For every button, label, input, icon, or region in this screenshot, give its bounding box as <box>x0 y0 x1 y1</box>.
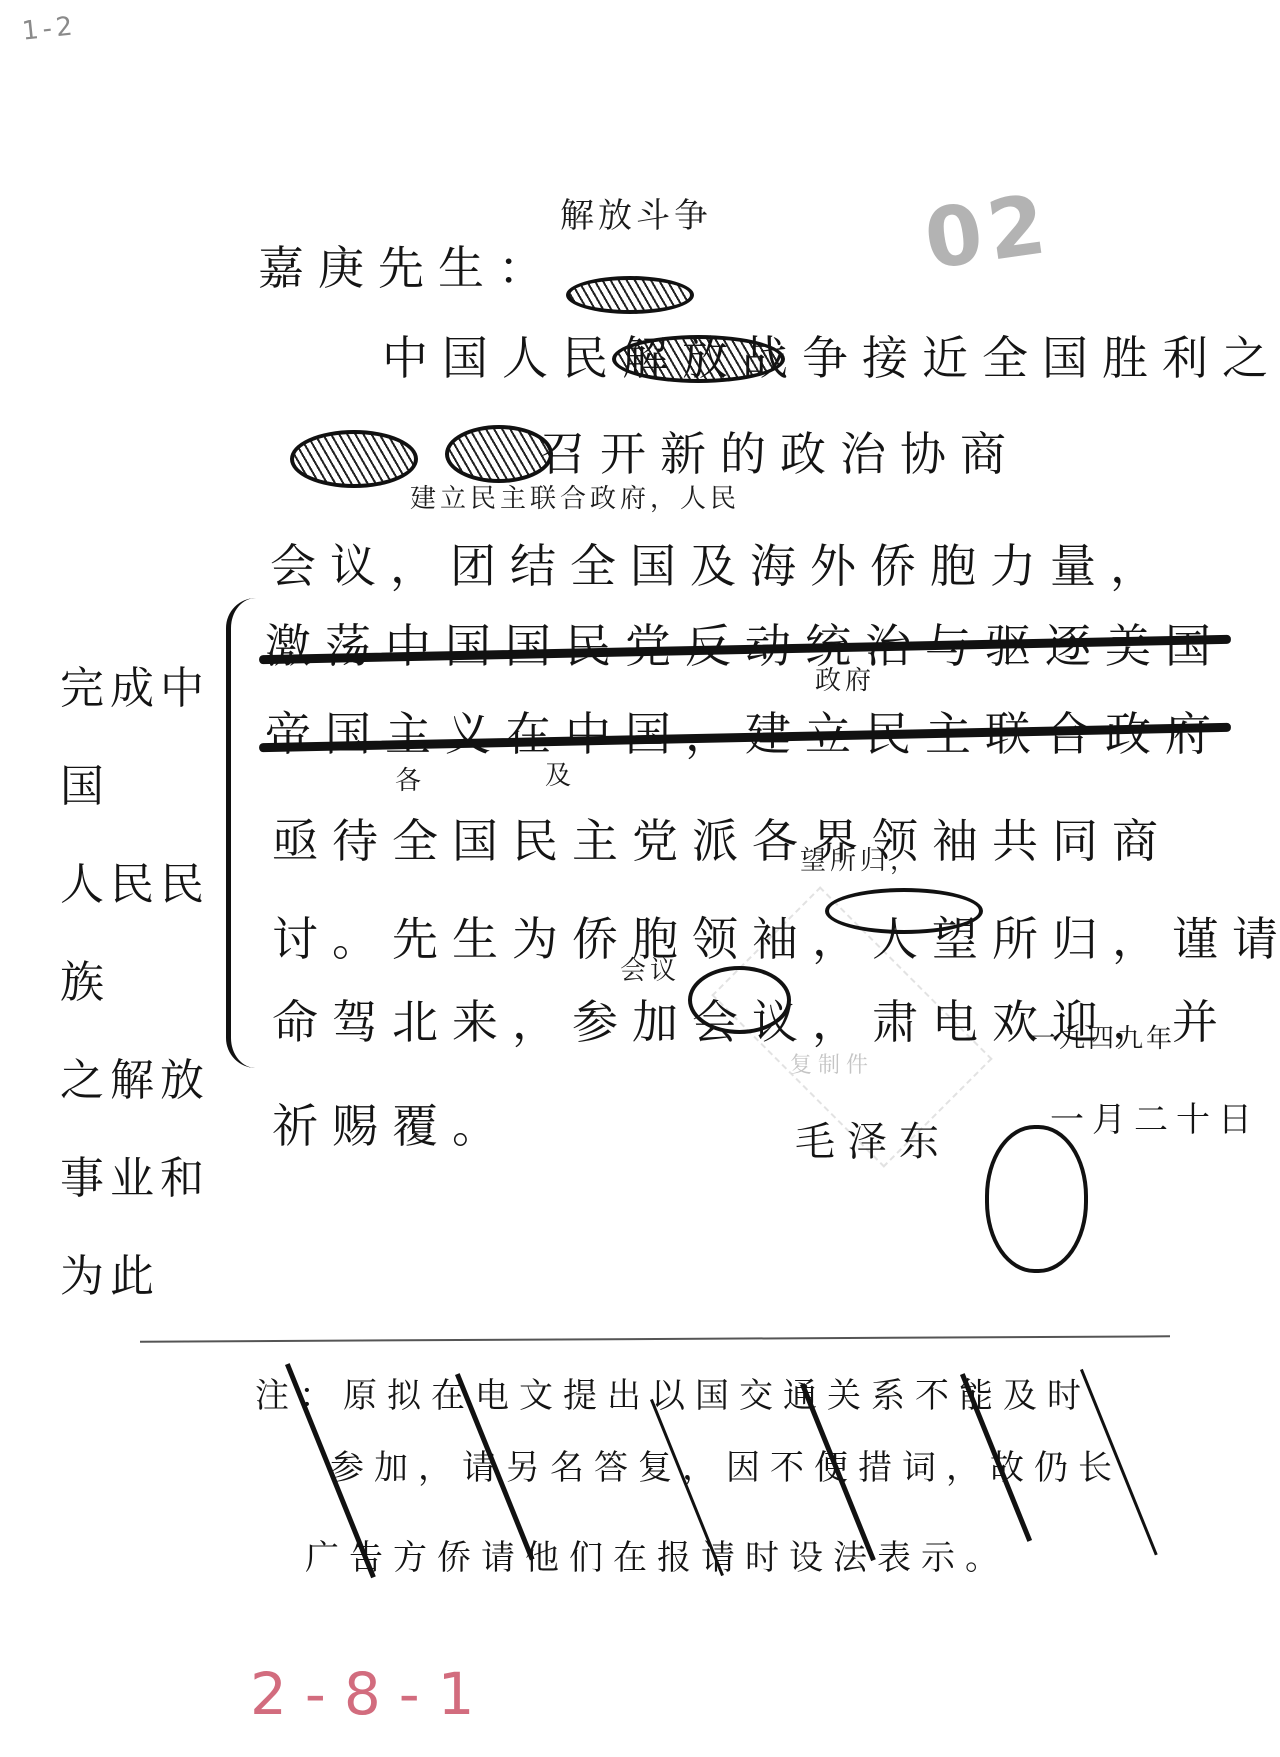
letter-line-1: 中国人民解放战争接近全国胜利之时 <box>382 322 1280 388</box>
insertion-wang-suo-gui: 望所归， <box>800 840 920 877</box>
margin-note-line: 事业和 <box>60 1130 230 1228</box>
struck-out-word <box>290 430 418 488</box>
margin-note-line: 为此 <box>60 1228 230 1326</box>
margin-note-line: 人民民族 <box>60 836 230 1032</box>
section-divider <box>140 1335 1170 1342</box>
edit-circle <box>566 276 694 314</box>
letter-line-2: 召开新的政治协商 <box>540 418 1020 484</box>
letter-line-3: 会议，团结全国及海外侨胞力量， <box>270 530 1170 596</box>
date-month-day: 一月二十日 <box>1050 1092 1260 1141</box>
date-year: 一九四九年 <box>1030 1018 1175 1055</box>
footnote-line-3: 广告方侨请他们在报请时设法表示。 <box>305 1530 1009 1579</box>
circled-edit-mark <box>985 1125 1088 1273</box>
insertion-ji: 及 <box>545 755 575 792</box>
margin-note-line: 完成中国 <box>60 640 230 836</box>
struck-out-word <box>445 425 553 483</box>
letter-line-6: 亟待全国民主党派各界领袖共同商 <box>272 805 1172 871</box>
insertion-jiefang-douzheng: 解放斗争 <box>560 188 712 237</box>
margin-note: 完成中国 人民民族 之解放 事业和 为此 <box>60 640 230 1326</box>
insertion-above-line-5: 政府 <box>815 660 875 697</box>
letter-line-9: 祈赐覆。 <box>272 1090 512 1156</box>
struck-text: 帝国主义在中国，建立民主联合政府 <box>265 707 1225 761</box>
insertion-huiyi: 会议 <box>620 950 680 987</box>
pencil-folio-mark: 02 <box>919 177 1057 289</box>
signature: 毛泽东 <box>795 1110 951 1167</box>
letter-line-7: 讨。先生为侨胞领袖，人望所归，谨请 <box>272 903 1280 969</box>
margin-note-line: 之解放 <box>60 1032 230 1130</box>
red-archive-mark: 2-8-1 <box>250 1660 493 1728</box>
insertion-ge: 各 <box>395 760 425 797</box>
letter-line-5-struck: 帝国主义在中国，建立民主联合政府 <box>265 698 1225 764</box>
insertion-below-line-2: 建立民主联合政府，人民 <box>410 478 740 515</box>
faint-stamp-text: 复制件 <box>790 1048 874 1079</box>
struck-text: 激荡中国国民党反动统治与驱逐美国 <box>265 619 1225 673</box>
page-number-mark: 1-2 <box>21 11 78 47</box>
letter-line-4-struck: 激荡中国国民党反动统治与驱逐美国 <box>265 610 1225 676</box>
salutation: 嘉庚先生： <box>258 232 558 298</box>
margin-bracket <box>226 598 261 1068</box>
